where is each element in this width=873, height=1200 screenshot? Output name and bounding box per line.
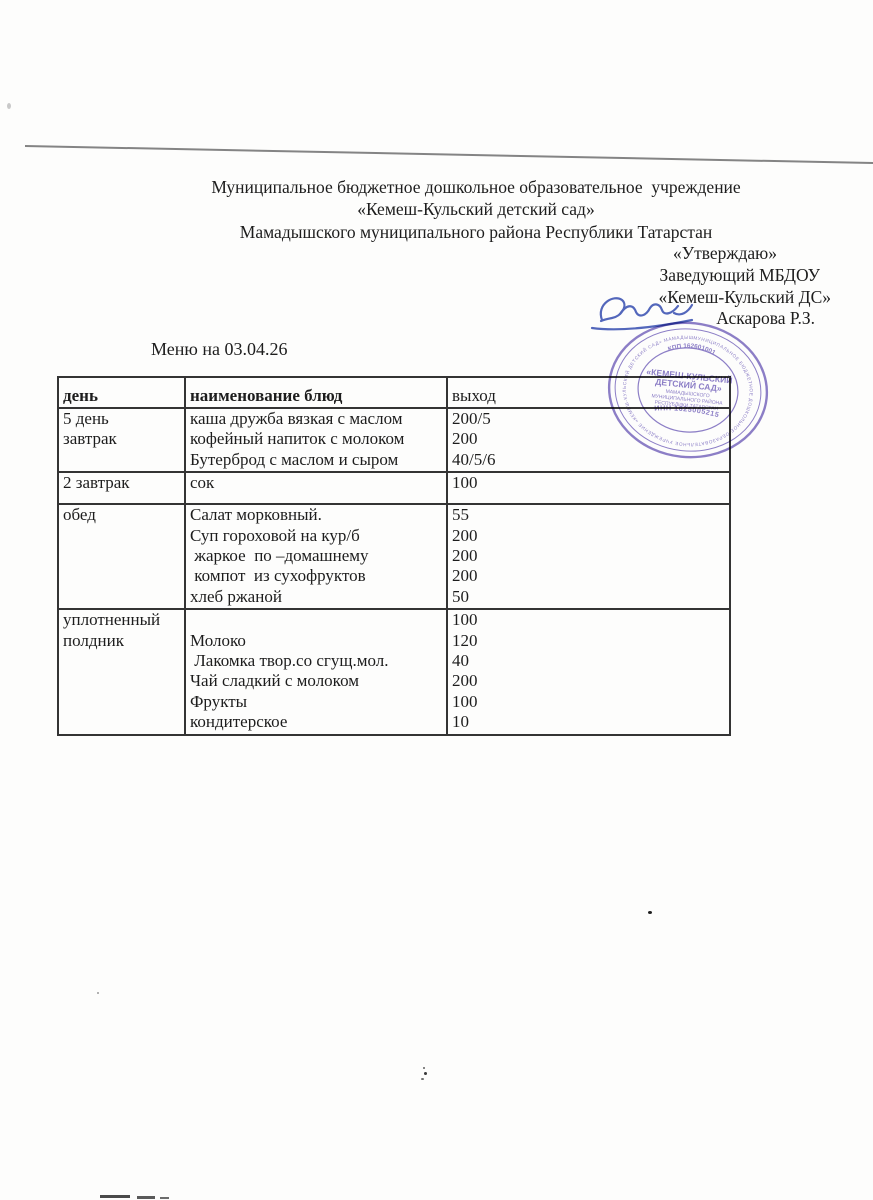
col-header-day: день <box>58 377 185 408</box>
cell-dishes: сок <box>185 472 447 504</box>
scan-edge-mark <box>160 1197 169 1199</box>
approval-word: «Утверждаю» <box>673 243 777 264</box>
table-row-lunch: обед Салат морковный. Суп гороховой на к… <box>58 504 730 609</box>
round-official-stamp: МУНИЦИПАЛЬНОЕ БЮДЖЕТНОЕ ДОШКОЛЬНОЕ ОБРАЗ… <box>588 306 788 476</box>
scan-speck <box>97 992 99 994</box>
table-row-second-breakfast: 2 завтрак сок 100 <box>58 472 730 504</box>
organization-header: Муниципальное бюджетное дошкольное образ… <box>80 176 872 243</box>
org-name-line3: Мамадышского муниципального района Респу… <box>80 221 872 243</box>
cell-dishes: каша дружба вязкая с маслом кофейный нап… <box>185 408 447 472</box>
table-row-snack: уплотненный полдник Молоко Лакомка твор.… <box>58 609 730 734</box>
approval-position: Заведующий МБДОУ <box>660 265 820 286</box>
org-name-line1: Муниципальное бюджетное дошкольное образ… <box>80 176 872 198</box>
scan-edge-mark <box>100 1195 130 1198</box>
cell-day: 5 день завтрак <box>58 408 185 472</box>
scan-speck <box>7 103 11 109</box>
cell-output: 100 <box>447 472 730 504</box>
col-header-dishes: наименование блюд <box>185 377 447 408</box>
cell-dishes: Молоко Лакомка твор.со сгущ.мол. Чай сла… <box>185 609 447 734</box>
cell-output: 55 200 200 200 50 <box>447 504 730 609</box>
stamp-text: МУНИЦИПАЛЬНОЕ БЮДЖЕТНОЕ ДОШКОЛЬНОЕ ОБРАЗ… <box>588 306 763 454</box>
scan-speck <box>648 911 652 914</box>
scan-edge-mark <box>137 1196 155 1199</box>
scanned-menu-page: Муниципальное бюджетное дошкольное образ… <box>0 0 873 1200</box>
cell-day: обед <box>58 504 185 609</box>
scan-speck <box>424 1072 427 1075</box>
scan-artifact-line <box>25 145 873 164</box>
scan-speck <box>423 1067 425 1069</box>
cell-output: 100 120 40 200 100 10 <box>447 609 730 734</box>
cell-day: уплотненный полдник <box>58 609 185 734</box>
menu-date-title: Меню на 03.04.26 <box>151 339 287 360</box>
org-name-line2: «Кемеш-Кульский детский сад» <box>80 198 872 220</box>
scan-speck <box>421 1078 424 1080</box>
cell-day: 2 завтрак <box>58 472 185 504</box>
cell-dishes: Салат морковный. Суп гороховой на кур/б … <box>185 504 447 609</box>
